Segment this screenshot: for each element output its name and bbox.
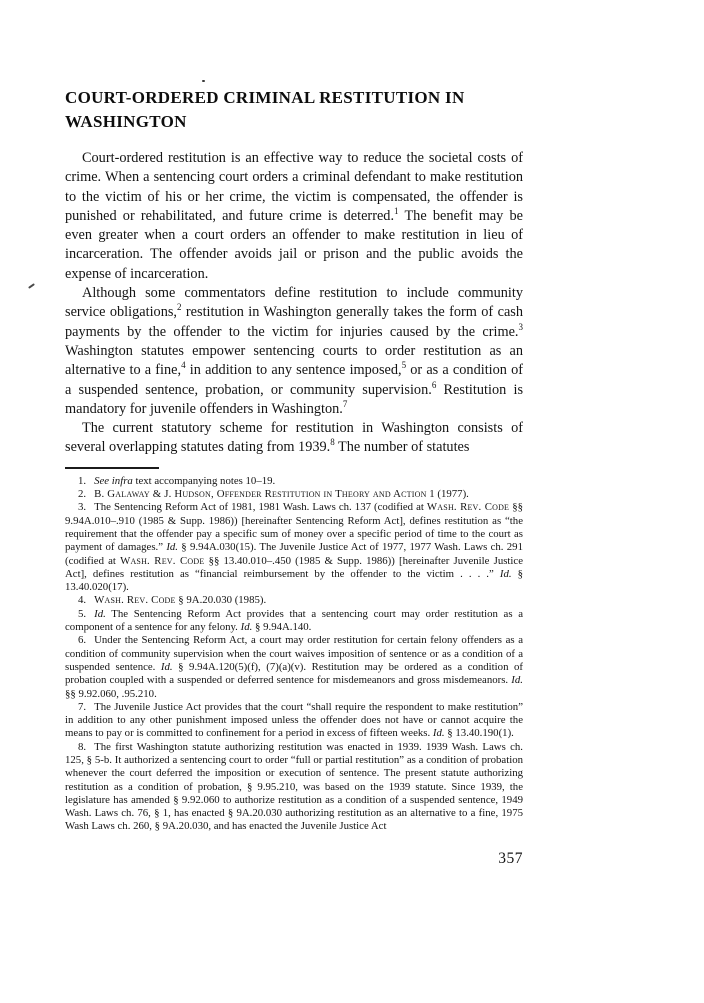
text-segment: Wash. Rev. Code	[120, 555, 204, 567]
text-segment: §§ 9.92.060, .95.210.	[65, 688, 157, 700]
body-paragraph: Court-ordered restitution is an effectiv…	[65, 149, 523, 284]
footnote-ref: 7	[343, 399, 348, 409]
text-segment: in addition to any sentence imposed,	[186, 362, 402, 378]
text-segment: Id.	[161, 661, 173, 673]
body-text: Court-ordered restitution is an effectiv…	[65, 149, 523, 458]
text-segment: Id.	[241, 621, 253, 633]
document-page: COURT-ORDERED CRIMINAL RESTITUTION IN WA…	[0, 0, 704, 1003]
footnote-number: 2.	[78, 488, 86, 500]
footnote: 7.The Juvenile Justice Act provides that…	[65, 701, 523, 741]
footnote-separator	[65, 467, 159, 469]
footnote: 4.Wash. Rev. Code § 9A.20.030 (1985).	[65, 594, 523, 607]
footnote: 1.See infra text accompanying notes 10–1…	[65, 475, 523, 488]
footnote: 5.Id. The Sentencing Reform Act provides…	[65, 608, 523, 635]
body-paragraph: Although some commentators define restit…	[65, 284, 523, 419]
text-segment: Id.	[166, 541, 178, 553]
article-title-line-1: COURT-ORDERED CRIMINAL RESTITUTION IN	[65, 86, 523, 110]
footnote-number: 5.	[78, 608, 86, 620]
body-paragraph: The current statutory scheme for restitu…	[65, 419, 523, 458]
footnote-ref: 3	[519, 322, 524, 332]
footnote-number: 6.	[78, 634, 86, 646]
footnotes: 1.See infra text accompanying notes 10–1…	[65, 475, 523, 834]
text-segment: § 9A.20.030 (1985).	[176, 594, 267, 606]
text-segment: text accompanying notes 10–19.	[133, 475, 275, 487]
text-segment: § 13.40.190(1).	[445, 727, 514, 739]
text-segment: B. Galaway & J. Hudson, Offender Restitu…	[94, 488, 426, 500]
scan-artifact-mark	[28, 283, 35, 289]
footnote: 2.B. Galaway & J. Hudson, Offender Resti…	[65, 488, 523, 501]
footnote-number: 7.	[78, 701, 86, 713]
footnote: 3.The Sentencing Reform Act of 1981, 198…	[65, 501, 523, 594]
text-segment: 1 (1977).	[427, 488, 469, 500]
text-segment: The number of statutes	[335, 439, 470, 455]
footnote-number: 4.	[78, 594, 86, 606]
page-number: 357	[65, 850, 523, 868]
page-content: COURT-ORDERED CRIMINAL RESTITUTION IN WA…	[65, 86, 523, 868]
text-segment: The Sentencing Reform Act of 1981, 1981 …	[94, 501, 427, 513]
text-segment: Id.	[500, 568, 512, 580]
text-segment: Id.	[94, 608, 106, 620]
text-segment: The first Washington statute authorizing…	[65, 741, 523, 833]
text-segment: Wash. Rev. Code	[427, 501, 509, 513]
footnote-number: 3.	[78, 501, 86, 513]
text-segment: Id.	[511, 674, 523, 686]
text-segment: See infra	[94, 475, 133, 487]
text-segment: § 9.94A.140.	[252, 621, 311, 633]
footnote-number: 8.	[78, 741, 86, 753]
article-title: COURT-ORDERED CRIMINAL RESTITUTION IN WA…	[65, 86, 523, 134]
footnote: 6.Under the Sentencing Reform Act, a cou…	[65, 634, 523, 700]
text-segment: Id.	[433, 727, 445, 739]
article-title-line-2: WASHINGTON	[65, 110, 523, 134]
scan-artifact-dot	[202, 80, 205, 82]
text-segment: Wash. Rev. Code	[94, 594, 176, 606]
footnote: 8.The first Washington statute authorizi…	[65, 741, 523, 834]
footnote-number: 1.	[78, 475, 86, 487]
